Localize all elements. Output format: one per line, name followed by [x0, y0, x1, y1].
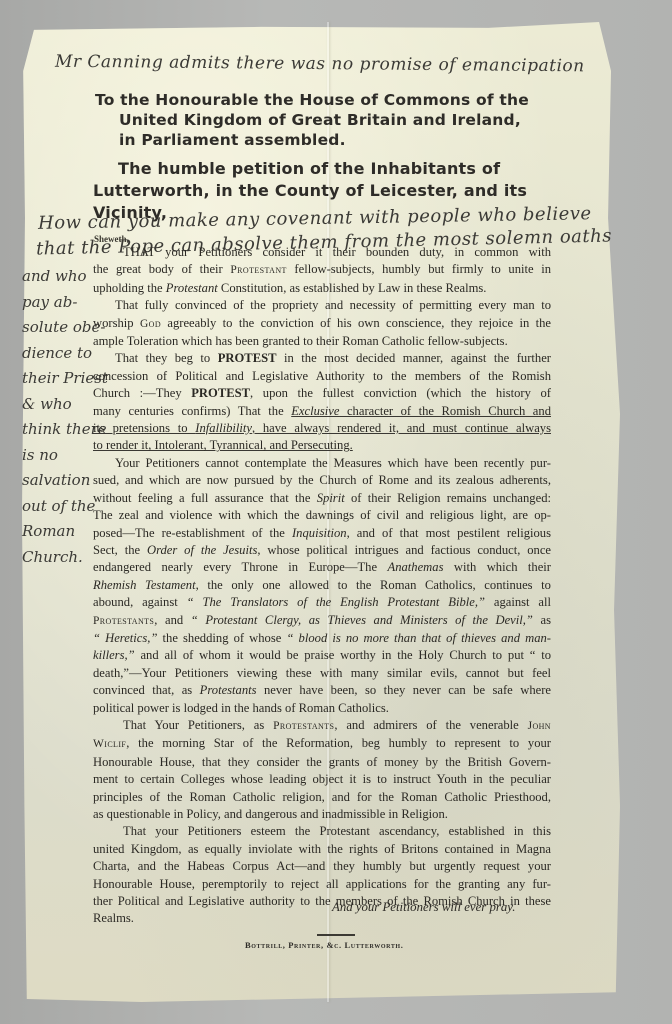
paragraph-3: That they beg to PROTEST in the most dec…: [93, 350, 551, 454]
paragraph-4: Your Petitioners cannot contemplate the …: [93, 455, 551, 717]
underlined-text-line: to render it, Intolerant, Tyrannical, an…: [93, 437, 551, 454]
margin-note: out of the: [22, 494, 100, 520]
text-line: upholding the Protestant Constitution, a…: [93, 280, 551, 297]
text-line: death,”—Your Petitioners viewing these w…: [93, 665, 551, 682]
address-heading: To the Honourable the House of Commons o…: [95, 90, 565, 150]
text-line: many centuries confirms) That the Exclus…: [93, 403, 551, 420]
paragraph-1: THAT your Petitioners consider it their …: [93, 244, 551, 297]
text-line: Rhemish Testament, the only one allowed …: [93, 577, 551, 594]
petition-line-1: The humble petition of the Inhabitants o…: [118, 158, 588, 180]
text-line: ment to certain Colleges whose leading o…: [93, 771, 551, 788]
text-line: That they beg to PROTEST in the most dec…: [93, 350, 551, 367]
text-line: Sect, the Order of the Jesuits, whose po…: [93, 542, 551, 559]
text-line: as questionable in Policy, and dangerous…: [93, 806, 551, 823]
address-line-2: United Kingdom of Great Britain and Irel…: [95, 110, 565, 130]
text-line: endangered nearly every Throne in Europe…: [93, 559, 551, 576]
text-line: principles of the Roman Catholic religio…: [93, 789, 551, 806]
text-line: Charta, and the Habeas Corpus Act—and th…: [93, 858, 551, 875]
text-line: posed—The re-establishment of the Inquis…: [93, 525, 551, 542]
underlined-text-line: its pretensions to Infallibility, have a…: [93, 420, 551, 437]
margin-note: Church.: [22, 545, 100, 571]
margin-note: is no: [22, 443, 100, 469]
text-line: killers,” and all of whom it would be pr…: [93, 647, 551, 664]
margin-note: Roman: [22, 519, 100, 545]
text-line: That fully convinced of the propriety an…: [93, 297, 551, 314]
text-line: without feeling a full assurance that th…: [93, 490, 551, 507]
text-line: ample Toleration which has been granted …: [93, 333, 551, 350]
text-line: Honourable House, that they consider the…: [93, 754, 551, 771]
margin-note: & who: [22, 392, 100, 418]
text-line: Church :—They PROTEST, upon the fullest …: [93, 385, 551, 402]
margin-note: think there: [22, 417, 100, 443]
text-line: Your Petitioners cannot contemplate the …: [93, 455, 551, 472]
paragraph-5: That Your Petitioners, as Protestants, a…: [93, 717, 551, 823]
text-line: sued, and which are now pursued by the C…: [93, 472, 551, 489]
margin-note: pay ab-: [22, 290, 100, 316]
margin-note: and who: [22, 264, 100, 290]
address-line-1: To the Honourable the House of Commons o…: [95, 90, 565, 110]
printer-imprint: Bottrill, Printer, &c. Lutterworth.: [245, 940, 403, 950]
text-line: the great body of their Protestant fello…: [93, 261, 551, 279]
margin-note: solute obe-: [22, 315, 100, 341]
text-line: That your Petitioners esteem the Protest…: [93, 823, 551, 840]
address-line-3: in Parliament assembled.: [95, 130, 565, 150]
margin-note: their Priest: [22, 366, 100, 392]
text-line: political power is lodged in the hands o…: [93, 700, 551, 717]
text-line: Protestants, and “ Protestant Clergy, as…: [93, 612, 551, 630]
margin-note: dience to: [22, 341, 100, 367]
margin-note: salvation: [22, 468, 100, 494]
text-line: abound, against “ The Translators of the…: [93, 594, 551, 611]
text-line: The zeal and violence with which the daw…: [93, 507, 551, 524]
printer-rule-divider: [317, 934, 355, 936]
text-line: Wiclif, the morning Star of the Reformat…: [93, 735, 551, 753]
text-line: THAT your Petitioners consider it their …: [93, 244, 551, 261]
petition-body: THAT your Petitioners consider it their …: [93, 244, 551, 928]
closing-line: And your Petitioners will ever pray.: [332, 900, 515, 915]
text-line: “ Heretics,” the shedding of whose “ blo…: [93, 630, 551, 647]
text-line: worship God agreeably to the conviction …: [93, 315, 551, 333]
handwritten-margin-notes: and who pay ab- solute obe- dience to th…: [22, 264, 100, 570]
sheweth-label: Sheweth,: [94, 234, 129, 244]
petition-line-2: Lutterworth, in the County of Leicester,…: [93, 180, 588, 202]
text-line: Honourable House, peremptorily to reject…: [93, 876, 551, 893]
text-line: convinced that, as Protestants never hav…: [93, 682, 551, 699]
text-line: That Your Petitioners, as Protestants, a…: [93, 717, 551, 735]
paragraph-2: That fully convinced of the propriety an…: [93, 297, 551, 350]
text-line: concession of Political and Legislative …: [93, 368, 551, 385]
text-line: united Kingdom, as equally inviolate wit…: [93, 841, 551, 858]
